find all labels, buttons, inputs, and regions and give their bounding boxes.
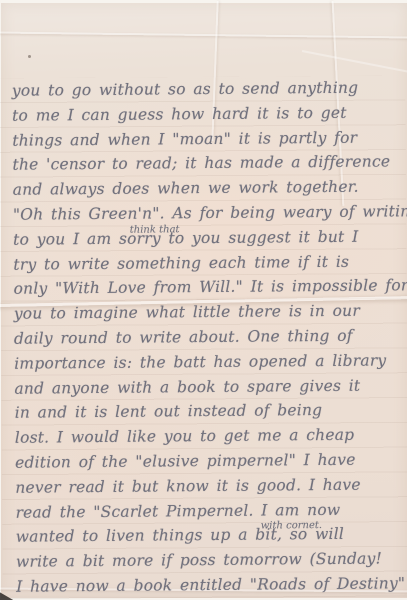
letter-line: wanted to liven things up a bit, so will…	[16, 522, 405, 550]
letter-line: only "With Love from Will." It is imposs…	[13, 274, 402, 302]
letter-line: things and when I "moan" it is partly fo…	[12, 125, 401, 153]
letter-line: edition of the "elusive pimpernel" I hav…	[15, 447, 404, 475]
letter-line: you to imagine what little there is in o…	[14, 298, 403, 326]
letter-line: write a bit more if poss tomorrow (Sunda…	[16, 546, 405, 574]
letter-line: in and it is lent out instead of being	[15, 398, 404, 426]
letter-line-text: things and when I "moan" it is partly fo…	[12, 128, 357, 149]
paper-crease	[0, 31, 407, 38]
letter-line-text: you to go without so as to send anything	[12, 79, 359, 100]
letter-line-text: you to imagine what little there is in o…	[14, 302, 360, 323]
letter-line-text: edition of the "elusive pimpernel" I hav…	[15, 451, 356, 472]
letter-line: and anyone with a book to spare gives it	[14, 373, 403, 401]
letter-line: to me I can guess how hard it is to get	[12, 100, 401, 128]
paper-speck	[28, 55, 31, 58]
letter-page: you to go without so as to send anything…	[1, 3, 407, 598]
letter-line: and always does when we work together.	[13, 174, 402, 202]
letter-line-text: only "With Love from Will." It is imposs…	[13, 277, 407, 298]
letter-line-text: try to write something each time if it i…	[13, 252, 349, 273]
letter-line: try to write something each time if it i…	[13, 249, 402, 277]
letter-line: never read it but know it is good. I hav…	[15, 472, 404, 500]
letter-line-text: to me I can guess how hard it is to get	[12, 104, 347, 125]
letter-line: "Oh this Green'n". As for being weary of…	[13, 199, 402, 227]
letter-line: you to go without so as to send anything	[12, 75, 401, 103]
interline-insertion: think that	[130, 218, 180, 243]
letter-line-text: importance is: the batt has opened a lib…	[14, 351, 386, 372]
letter-line-text: in and it is lent out instead of being	[15, 401, 323, 422]
paper-crease	[302, 50, 407, 74]
letter-line: daily round to write about. One thing of	[14, 323, 403, 351]
letter-line-text: never read it but know it is good. I hav…	[15, 475, 361, 496]
letter-line-text: lost. I would like you to get me a cheap	[15, 426, 355, 447]
letter-line-text: write a bit more if poss tomorrow (Sunda…	[16, 550, 382, 571]
letter-line-text: daily round to write about. One thing of	[14, 327, 353, 348]
letter-line: importance is: the batt has opened a lib…	[14, 348, 403, 376]
letter-line-text: the 'censor to read; it has made a diffe…	[12, 153, 390, 174]
letter-line-text: to you I am sorry to you suggest it but …	[13, 227, 358, 248]
letter-line: lost. I would like you to get me a cheap	[15, 422, 404, 450]
letter-line: read the "Scarlet Pimpernel. I am now	[15, 497, 404, 525]
interline-insertion: with cornet.	[261, 514, 323, 539]
letter-line: I have now a book entitled "Roads of Des…	[16, 571, 405, 599]
letter-line-text: I have now a book entitled "Roads of Des…	[16, 574, 405, 595]
letter-line: to you I am sorry to you suggest it but …	[13, 224, 402, 252]
letter-line-text: "Oh this Green'n". As for being weary of…	[13, 202, 407, 224]
letter-scan: you to go without so as to send anything…	[0, 0, 407, 600]
letter-line: the 'censor to read; it has made a diffe…	[12, 150, 401, 178]
letter-lines: you to go without so as to send anything…	[12, 75, 406, 599]
letter-line-text: and always does when we work together.	[13, 178, 359, 199]
letter-line-text: and anyone with a book to spare gives it	[14, 376, 360, 397]
